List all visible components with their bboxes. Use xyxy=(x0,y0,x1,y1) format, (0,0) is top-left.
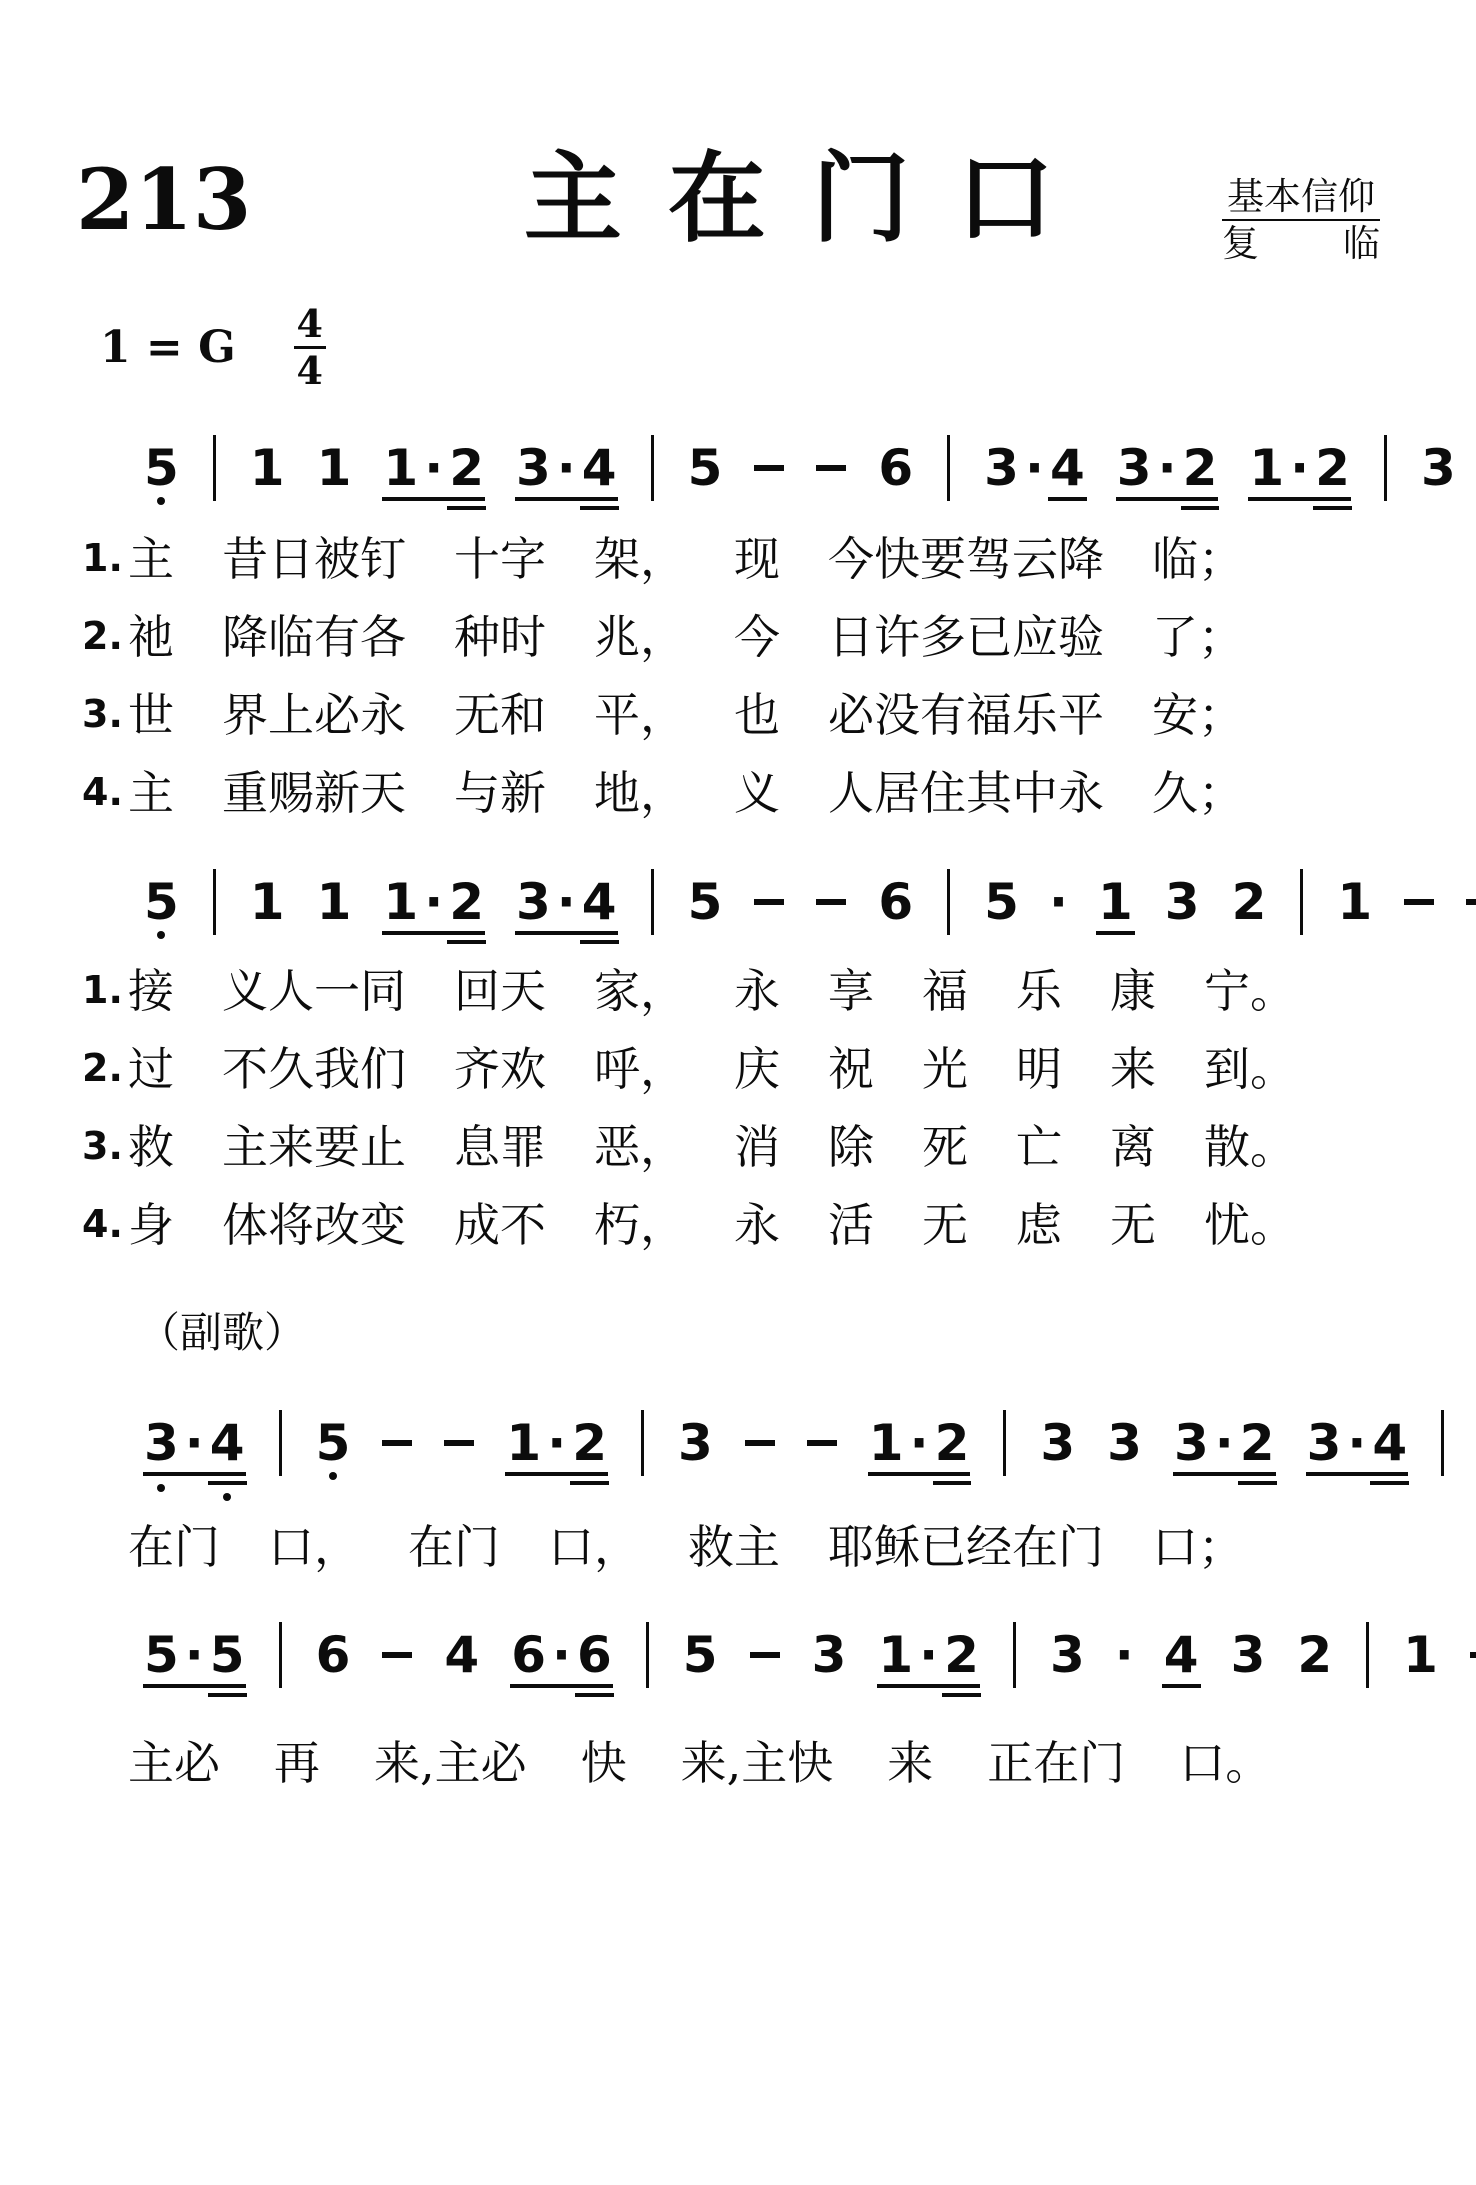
note: 1 xyxy=(877,1630,914,1680)
lyric-segment: 散。 xyxy=(1204,1124,1296,1170)
note: 3 xyxy=(677,1418,714,1468)
lyric-row: 2.祂降临有各种时兆，今日许多已应验了； xyxy=(128,614,1244,660)
note-digit: · xyxy=(1154,443,1181,493)
note-digit: 3 xyxy=(1040,1418,1075,1468)
note: 4 xyxy=(1371,1418,1408,1468)
note-group: 3 xyxy=(811,1630,848,1680)
note-group: 3·4 xyxy=(515,443,618,493)
note-group: 5 xyxy=(682,1630,719,1680)
note-dot: · xyxy=(547,1630,576,1680)
note: 4 xyxy=(1163,1630,1200,1680)
note-digit: 1 xyxy=(383,877,418,927)
lyric-segment: 到。 xyxy=(1204,1046,1296,1092)
note-digit: 1 xyxy=(250,877,285,927)
note-group: 4 xyxy=(443,1630,480,1680)
note: 1 xyxy=(249,443,286,493)
note-dot: · xyxy=(1342,1418,1371,1468)
note: 1 xyxy=(316,443,353,493)
note-digit: · xyxy=(906,1418,933,1468)
lyric-segment: 康 xyxy=(1110,968,1156,1014)
note-group: 1 xyxy=(1336,877,1373,927)
note-digit: 5 xyxy=(316,1418,351,1468)
note: 3 xyxy=(515,877,552,927)
note-digit: · xyxy=(1211,1418,1238,1468)
note-group: 1·2 xyxy=(868,1418,971,1468)
note-group: 5 xyxy=(687,877,724,927)
lyric-segment: 平， xyxy=(594,692,686,738)
lyric-segment: 救主 xyxy=(688,1524,780,1570)
note-digit: 3 xyxy=(1107,1418,1142,1468)
note: 4 xyxy=(1049,443,1086,493)
note-dot: · xyxy=(542,1418,571,1468)
verse-block-2: 1.接义人一同回天家，永享福乐康宁。2.过不久我们齐欢呼，庆祝光明来到。3.救主… xyxy=(128,968,1296,1248)
barline xyxy=(279,1410,282,1476)
note-digit: · xyxy=(553,877,580,927)
lyric-segment: 重赐新天 xyxy=(222,770,406,816)
beam xyxy=(382,931,485,935)
note-digit: 3 xyxy=(516,443,551,493)
note: 2 xyxy=(934,1418,971,1468)
barline xyxy=(641,1410,644,1476)
lyric-segment: 来 xyxy=(887,1740,933,1786)
lyric-segment: 祝 xyxy=(828,1046,874,1092)
note-group: 3 xyxy=(1106,1418,1143,1468)
note: 5 xyxy=(209,1630,246,1680)
note: 1 xyxy=(316,877,353,927)
note-digit: 4 xyxy=(210,1418,245,1468)
music-line-verse-phrase-1: 5111·23·4563·43·21·23 xyxy=(128,433,1476,503)
octave-dot xyxy=(223,1493,231,1501)
note-group: 6 xyxy=(315,1630,352,1680)
lyric-segment: 光 xyxy=(922,1046,968,1092)
verse-number: 1. xyxy=(82,971,123,1009)
note: 2 xyxy=(448,877,485,927)
note-digit: 5 xyxy=(688,443,723,493)
lyric-segment: 今快要驾云降 xyxy=(828,536,1104,582)
note-digit: 2 xyxy=(449,443,484,493)
lyric-segment: 架， xyxy=(594,536,686,582)
note-group: 5 xyxy=(143,443,180,493)
note-group: 1 xyxy=(316,443,353,493)
note-group: 3 xyxy=(1049,1630,1086,1680)
barline xyxy=(1384,435,1387,501)
note: 6 xyxy=(315,1630,352,1680)
note-dot: · xyxy=(419,443,448,493)
note: 1 xyxy=(382,877,419,927)
note: 5 xyxy=(687,443,724,493)
barline xyxy=(213,869,216,935)
lyric-segment: 了； xyxy=(1152,614,1244,660)
note: 1 xyxy=(868,1418,905,1468)
note: 5 xyxy=(687,877,724,927)
note-digit: · xyxy=(1021,443,1048,493)
note-digit: · xyxy=(420,443,447,493)
note-digit: 3 xyxy=(516,877,551,927)
duration-dash xyxy=(745,1440,775,1446)
lyric-segment: 过 xyxy=(128,1046,174,1092)
barline xyxy=(1003,1410,1006,1476)
verse-number: 3. xyxy=(82,695,123,733)
note-group: 1·2 xyxy=(382,443,485,493)
lyric-segment: 在门 xyxy=(128,1524,220,1570)
note-digit: 3 xyxy=(1117,443,1152,493)
note-group: 5·5 xyxy=(143,1630,246,1680)
note-dot: · xyxy=(905,1418,934,1468)
beam xyxy=(208,1481,247,1485)
beam xyxy=(933,1481,972,1485)
lyric-segment: 十字 xyxy=(454,536,546,582)
note-digit: 2 xyxy=(1232,877,1267,927)
note: 3 xyxy=(1039,1418,1076,1468)
note: 5 xyxy=(682,1630,719,1680)
note-digit: · xyxy=(420,877,447,927)
lyric-segment: 必没有福乐平 xyxy=(828,692,1104,738)
note-digit: 4 xyxy=(1164,1630,1199,1680)
beam xyxy=(382,497,485,501)
beam xyxy=(580,506,619,510)
note: 2 xyxy=(571,1418,608,1468)
lyric-segment: 主必 xyxy=(128,1740,220,1786)
note: 2 xyxy=(1314,443,1351,493)
beam xyxy=(1181,506,1220,510)
lyric-segment: 昔日被钉 xyxy=(222,536,406,582)
note-digit: · xyxy=(915,1630,942,1680)
lyric-segment: 死 xyxy=(922,1124,968,1170)
lyric-segment: 世 xyxy=(128,692,174,738)
note-digit: 3 xyxy=(1050,1630,1085,1680)
hymn-sheet-page: 213 主 在 门 口 基本信仰 复 临 1 = G 4 4 5111·23·4… xyxy=(0,0,1476,2185)
key-signature-row: 1 = G 4 4 xyxy=(100,305,326,390)
note: 1 xyxy=(505,1418,542,1468)
lyric-row: 2.过不久我们齐欢呼，庆祝光明来到。 xyxy=(128,1046,1296,1092)
music-line-verse-phrase-2: 5111·23·4565·1321 xyxy=(128,867,1476,937)
note: 3 xyxy=(1106,1418,1143,1468)
note-digit: 3 xyxy=(1165,877,1200,927)
note-group: 3·4 xyxy=(983,443,1086,493)
verse-number: 3. xyxy=(82,1127,123,1165)
note: 5 xyxy=(983,877,1020,927)
lyric-segment: 呼， xyxy=(594,1046,686,1092)
note: 2 xyxy=(1296,1630,1333,1680)
note-digit: 1 xyxy=(878,1630,913,1680)
note-digit: 6 xyxy=(577,1630,612,1680)
beam xyxy=(1116,497,1219,501)
lyric-segment: 口， xyxy=(268,1524,360,1570)
note-group: 3 xyxy=(1164,877,1201,927)
note-group: 3·2 xyxy=(1116,443,1219,493)
note: 1 xyxy=(1402,1630,1439,1680)
note: 5 xyxy=(143,877,180,927)
note-digit: 2 xyxy=(935,1418,970,1468)
lyric-segment: 体将改变 xyxy=(222,1202,406,1248)
beam xyxy=(143,1472,246,1476)
time-signature-numerator: 4 xyxy=(296,305,322,343)
note-group: 5 xyxy=(687,443,724,493)
beam xyxy=(505,1472,608,1476)
verse-number: 4. xyxy=(82,1205,123,1243)
lyric-row: 1.接义人一同回天家，永享福乐康宁。 xyxy=(128,968,1296,1014)
lyric-segment: 忧。 xyxy=(1204,1202,1296,1248)
key-signature: 1 = G xyxy=(100,326,236,370)
note-group: 3 xyxy=(1039,1418,1076,1468)
note-group: 1 xyxy=(249,443,286,493)
note-digit: · xyxy=(553,443,580,493)
note: 5 xyxy=(143,1630,180,1680)
duration-dash xyxy=(754,465,784,471)
note: 3 xyxy=(811,1630,848,1680)
note-dot: · xyxy=(552,877,581,927)
category-bottom-label: 复 临 xyxy=(1222,221,1380,264)
note: 4 xyxy=(443,1630,480,1680)
lyric-segment: 兆， xyxy=(594,614,686,660)
verse-number: 2. xyxy=(82,617,123,655)
augmentation-dot: · xyxy=(1115,1630,1134,1680)
lyric-segment: 宁。 xyxy=(1204,968,1296,1014)
note-group: 2 xyxy=(1296,1630,1333,1680)
beam xyxy=(575,1693,614,1697)
note-dot: · xyxy=(1210,1418,1239,1468)
note-digit: 5 xyxy=(144,877,179,927)
beam xyxy=(143,1684,246,1688)
lyric-segment: 地， xyxy=(594,770,686,816)
note-digit: 6 xyxy=(878,443,913,493)
lyric-segment: 祂 xyxy=(128,614,174,660)
beam xyxy=(447,940,486,944)
beam xyxy=(942,1693,981,1697)
note-group: 4 xyxy=(1163,1630,1200,1680)
note: 2 xyxy=(448,443,485,493)
note: 6 xyxy=(877,877,914,927)
note: 2 xyxy=(943,1630,980,1680)
beam xyxy=(208,1693,247,1697)
note: 3 xyxy=(515,443,552,493)
beam xyxy=(1248,497,1351,501)
barline xyxy=(279,1622,282,1688)
lyric-segment: 离 xyxy=(1110,1124,1156,1170)
note: 5 xyxy=(315,1418,352,1468)
beam xyxy=(1096,931,1135,935)
barline xyxy=(1441,1410,1444,1476)
lyric-row: 1.主昔日被钉十字架，现今快要驾云降临； xyxy=(128,536,1244,582)
note: 3 xyxy=(1164,877,1201,927)
note-digit: 4 xyxy=(1372,1418,1407,1468)
duration-dash xyxy=(444,1440,474,1446)
lyric-segment: 成不 xyxy=(454,1202,546,1248)
note-digit: 3 xyxy=(144,1418,179,1468)
note-group: 1 xyxy=(1097,877,1134,927)
note-group: 1·2 xyxy=(382,877,485,927)
note-digit: 2 xyxy=(944,1630,979,1680)
note: 1 xyxy=(1336,877,1373,927)
octave-dot xyxy=(157,931,165,939)
beam xyxy=(1370,1481,1409,1485)
verse-number: 1. xyxy=(82,539,123,577)
octave-dot xyxy=(157,497,165,505)
note: 3 xyxy=(1306,1418,1343,1468)
barline xyxy=(213,435,216,501)
note-digit: 1 xyxy=(383,443,418,493)
lyric-segment: 来 xyxy=(1110,1046,1156,1092)
note: 3 xyxy=(143,1418,180,1468)
note-digit: 2 xyxy=(1315,443,1350,493)
lyric-segment: 正在门 xyxy=(987,1740,1125,1786)
beam xyxy=(580,940,619,944)
beam xyxy=(515,931,618,935)
verse-number: 4. xyxy=(82,773,123,811)
beam xyxy=(1313,506,1352,510)
barline xyxy=(947,869,950,935)
beam xyxy=(515,497,618,501)
lyric-segment: 义 xyxy=(734,770,780,816)
note-group: 1 xyxy=(249,877,286,927)
note-digit: 4 xyxy=(582,877,617,927)
note-group: 5 xyxy=(315,1418,352,1468)
duration-dash xyxy=(382,1440,412,1446)
lyric-segment: 人居住其中永 xyxy=(828,770,1104,816)
note-digit: 6 xyxy=(878,877,913,927)
lyric-segment: 降临有各 xyxy=(222,614,406,660)
beam xyxy=(570,1481,609,1485)
lyric-segment: 口， xyxy=(548,1524,640,1570)
beam xyxy=(868,1472,971,1476)
note-digit: 4 xyxy=(582,443,617,493)
lyric-segment: 界上必永 xyxy=(222,692,406,738)
note-digit: · xyxy=(181,1418,208,1468)
category-bottom-left: 复 xyxy=(1222,223,1259,264)
barline xyxy=(1013,1622,1016,1688)
lyric-segment: 临； xyxy=(1152,536,1244,582)
duration-dash xyxy=(382,1652,412,1658)
duration-dash xyxy=(816,465,846,471)
note: 3 xyxy=(1173,1418,1210,1468)
lyric-segment: 亡 xyxy=(1016,1124,1062,1170)
note: 2 xyxy=(1182,443,1219,493)
note-digit: 1 xyxy=(1403,1630,1438,1680)
note-group: 5 xyxy=(983,877,1020,927)
note: 1 xyxy=(1248,443,1285,493)
lyric-segment: 消 xyxy=(734,1124,780,1170)
octave-dot xyxy=(157,1484,165,1492)
lyric-segment: 日许多已应验 xyxy=(828,614,1104,660)
chorus-lyric-line-2: 主必再来,主必快来,主快来正在门口。 xyxy=(128,1740,1271,1786)
lyric-segment: 无 xyxy=(1110,1202,1156,1248)
lyric-segment: 口； xyxy=(1152,1524,1244,1570)
note-digit: 1 xyxy=(317,443,352,493)
lyric-segment: 主 xyxy=(128,536,174,582)
note-group: 1·2 xyxy=(1248,443,1351,493)
note-group: 3·2 xyxy=(1173,1418,1276,1468)
lyric-segment: 身 xyxy=(128,1202,174,1248)
lyric-segment: 除 xyxy=(828,1124,874,1170)
note-group: 1 xyxy=(316,877,353,927)
beam xyxy=(1048,497,1087,501)
note-group: 3·4 xyxy=(1306,1418,1409,1468)
note: 2 xyxy=(1231,877,1268,927)
barline xyxy=(651,869,654,935)
note-digit: 1 xyxy=(317,877,352,927)
note-dot: · xyxy=(552,443,581,493)
note-digit: 5 xyxy=(688,877,723,927)
lyric-segment: 来,主快 xyxy=(681,1740,834,1786)
note-digit: 5 xyxy=(984,877,1019,927)
note-group: 1 xyxy=(1402,1630,1439,1680)
note-digit: 3 xyxy=(1307,1418,1342,1468)
note-digit: 1 xyxy=(869,1418,904,1468)
lyric-segment: 接 xyxy=(128,968,174,1014)
note: 3 xyxy=(1420,443,1457,493)
lyric-segment: 永 xyxy=(734,968,780,1014)
note-digit: · xyxy=(1286,443,1313,493)
lyric-row: 3.世界上必永无和平，也必没有福乐平安； xyxy=(128,692,1244,738)
note-digit: 5 xyxy=(144,443,179,493)
lyric-segment: 主来要止 xyxy=(222,1124,406,1170)
note: 3 xyxy=(1049,1630,1086,1680)
note-group: 6 xyxy=(877,877,914,927)
note-digit: 3 xyxy=(1421,443,1456,493)
duration-dash xyxy=(1470,1652,1476,1658)
lyric-segment: 活 xyxy=(828,1202,874,1248)
note-group: 3 xyxy=(1420,443,1457,493)
lyric-segment: 家， xyxy=(594,968,686,1014)
note-digit: 1 xyxy=(506,1418,541,1468)
verse-block-1: 1.主昔日被钉十字架，现今快要驾云降临；2.祂降临有各种时兆，今日许多已应验了；… xyxy=(128,536,1244,816)
note-group: 3 xyxy=(677,1418,714,1468)
lyric-segment: 耶稣已经在门 xyxy=(828,1524,1104,1570)
lyric-segment: 无和 xyxy=(454,692,546,738)
beam xyxy=(1238,1481,1277,1485)
note: 6 xyxy=(576,1630,613,1680)
lyric-segment: 义人一同 xyxy=(222,968,406,1014)
note-digit: 1 xyxy=(250,443,285,493)
category-tags: 基本信仰 复 临 xyxy=(1222,176,1380,265)
note-group: 2 xyxy=(1231,877,1268,927)
note-group: 5 xyxy=(143,877,180,927)
note-dot: · xyxy=(1020,443,1049,493)
note: 3 xyxy=(983,443,1020,493)
lyric-segment: 回天 xyxy=(454,968,546,1014)
barline xyxy=(1300,869,1303,935)
lyric-segment: 来,主必 xyxy=(374,1740,527,1786)
lyric-row: 4.主重赐新天与新地，义人居住其中永久； xyxy=(128,770,1244,816)
note-group: 3 xyxy=(1230,1630,1267,1680)
note-digit: 1 xyxy=(1098,877,1133,927)
lyric-segment: 乐 xyxy=(1016,968,1062,1014)
lyric-segment: 虑 xyxy=(1016,1202,1062,1248)
category-bottom-right: 临 xyxy=(1343,223,1380,264)
duration-dash xyxy=(816,899,846,905)
category-top-label: 基本信仰 xyxy=(1222,176,1380,221)
lyric-segment: 快 xyxy=(581,1740,627,1786)
note-digit: 2 xyxy=(572,1418,607,1468)
note: 1 xyxy=(249,877,286,927)
barline xyxy=(1366,1622,1369,1688)
note-digit: 6 xyxy=(316,1630,351,1680)
note-digit: 2 xyxy=(1183,443,1218,493)
note-digit: · xyxy=(181,1630,208,1680)
lyric-segment: 救 xyxy=(128,1124,174,1170)
lyric-segment: 庆 xyxy=(734,1046,780,1092)
lyric-segment: 无 xyxy=(922,1202,968,1248)
note-digit: 1 xyxy=(1249,443,1284,493)
lyric-segment: 种时 xyxy=(454,614,546,660)
note-dot: · xyxy=(1153,443,1182,493)
music-line-chorus-2: 5·5646·6531·23·4321 xyxy=(128,1620,1476,1690)
lyric-segment: 永 xyxy=(734,1202,780,1248)
note-digit: 2 xyxy=(1240,1418,1275,1468)
lyric-segment: 口。 xyxy=(1179,1740,1271,1786)
barline xyxy=(651,435,654,501)
time-signature-denominator: 4 xyxy=(296,352,322,390)
